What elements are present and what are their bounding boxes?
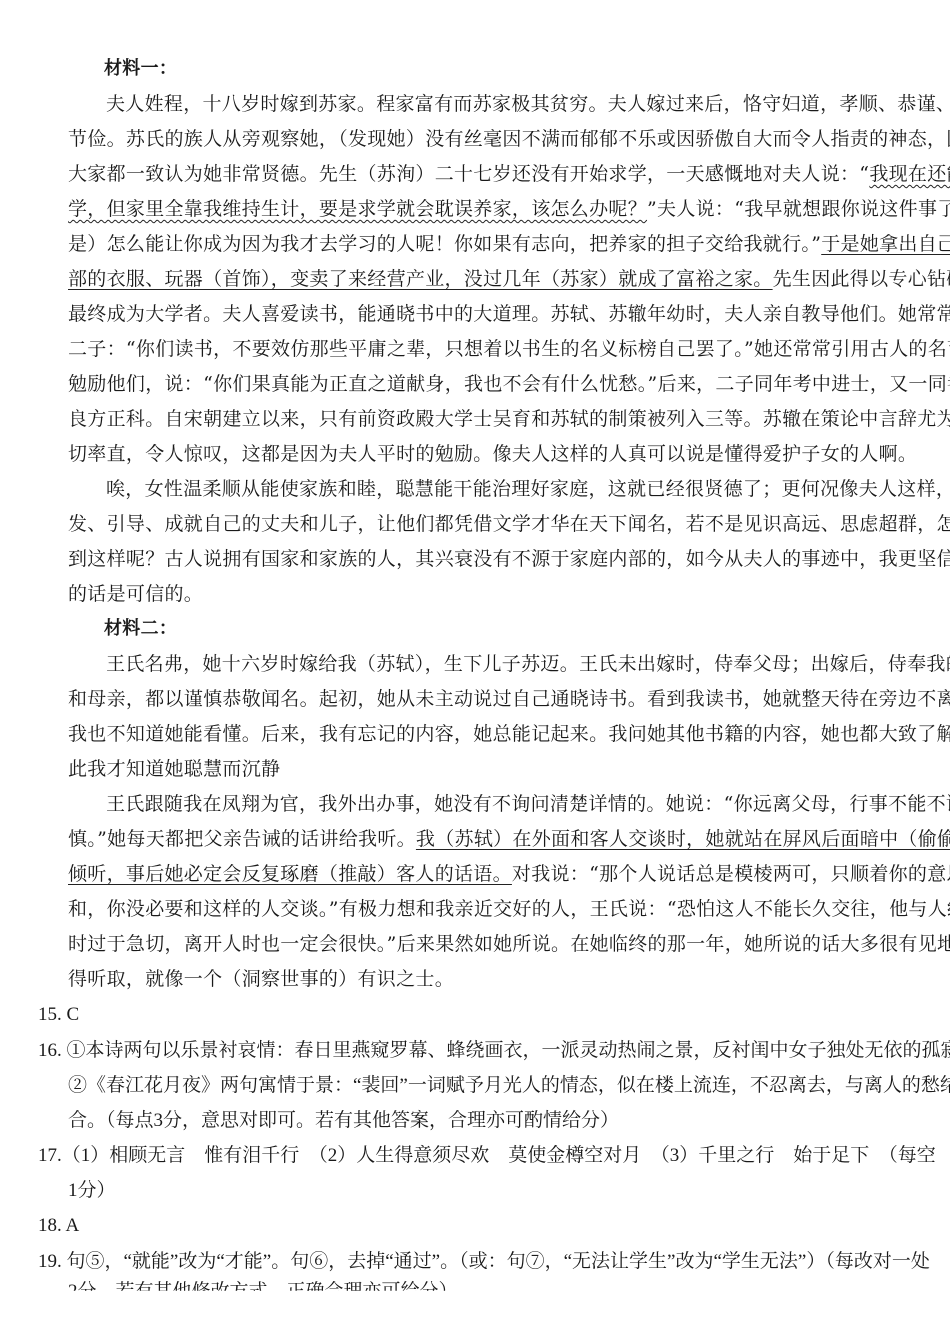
answer-18: 18. A xyxy=(38,1214,910,1238)
text-segment: 夫人姓程，十八岁时嫁到苏家。程家富有而苏家极其贫穷。夫人嫁过来后，恪守妇道，孝顺… xyxy=(106,93,950,115)
material-2-line: 和母亲，都以谨慎恭敬闻名。起初，她从未主动说过自己通晓诗书。看到我读书，她就整天… xyxy=(68,687,910,711)
answer-16-line: 合。（每点3分，意思对即可。若有其他答案，合理亦可酌情给分） xyxy=(68,1109,910,1133)
underlined-text: 部的衣服、玩器（首饰），变卖了来经营产业，没过几年（苏家）就成了富裕之家。 xyxy=(68,268,773,290)
material-2-para2-line: 王氏跟随我在凤翔为官，我外出办事，她没有不询问清楚详情的。她说：“你远离父母，行… xyxy=(106,792,910,816)
text-segment: 是）怎么能让你成为因为我才去学习的人呢！你如果有志向，把养家的担子交给我就行。” xyxy=(68,233,821,255)
material-1-line: 最终成为大学者。夫人喜爱读书，能通晓书中的大道理。苏轼、苏辙年幼时，夫人亲自教导… xyxy=(68,302,910,326)
material-2-line: 王氏名弗，她十六岁时嫁给我（苏轼），生下儿子苏迈。王氏未出嫁时，侍奉父母；出嫁后… xyxy=(106,652,910,676)
material-1-heading: 材料一： xyxy=(104,57,946,81)
text-segment: 大家都一致认为她非常贤德。先生（苏洵）二十七岁还没有开始求学，一天感慨地对夫人说… xyxy=(68,163,869,185)
text-segment: 勉励他们，说：“你们果真能为正直之道献身，我也不会有什么忧愁。”后来，二子同年考… xyxy=(68,373,950,395)
material-1-line: 二子：“你们读书，不要效仿那些平庸之辈，只想着以书生的名义标榜自己罢了。”她还常… xyxy=(68,337,910,361)
material-1-para2-line: 唉，女性温柔顺从能使家族和睦，聪慧能干能治理好家庭，这就已经很贤德了；更何况像夫… xyxy=(106,477,910,501)
text-segment: 切率直，令人惊叹，这都是因为夫人平时的勉励。像夫人这样的人真可以说是懂得爱护子女… xyxy=(68,443,917,465)
answer-16-line: 16. ①本诗两句以乐景衬哀情：春日里燕窥罗幕、蜂绕画衣，一派灵动热闹之景，反衬… xyxy=(38,1039,910,1063)
material-1-line: 节俭。苏氏的族人从旁观察她，（发现她）没有丝毫因不满而郁郁不乐或因骄傲自大而令人… xyxy=(68,127,910,151)
material-2-para2-line: 得听取，就像一个（洞察世事的）有识之士。 xyxy=(68,967,910,991)
answer-16-line: ②《春江花月夜》两句寓情于景：“裴回”一词赋予月光人的情态，似在楼上流连，不忍离… xyxy=(68,1074,910,1098)
wavy-underlined-text: 学，但家里全靠我维持生计，要是求学就会耽误养家，该怎么办呢？ xyxy=(68,198,647,220)
material-1-line: 勉励他们，说：“你们果真能为正直之道献身，我也不会有什么忧愁。”后来，二子同年考… xyxy=(68,372,910,396)
material-2-para2-line: 倾听，事后她必定会反复琢磨（推敲）客人的话语。对我说：“那个人说话总是模棱两可，… xyxy=(68,862,910,886)
underlined-text: 我（苏轼）在外面和客人交谈时，她就站在屏风后面暗中（偷偷地） xyxy=(416,828,950,850)
material-1-para2-line: 到这样呢？古人说拥有国家和家族的人，其兴衰没有不源于家庭内部的，如今从夫人的事迹… xyxy=(68,547,910,571)
material-2-para2-line: 和，你没必要和这样的人交谈。”有极力想和我亲近交好的人，王氏说：“恐怕这人不能长… xyxy=(68,897,910,921)
answer-19-line: 19. 句⑤，“就能”改为“才能”。句⑥，去掉“通过”。（或：句⑦，“无法让学生… xyxy=(38,1250,910,1274)
text-segment: 慎。”她每天都把父亲告诫的话讲给我听。 xyxy=(68,828,416,850)
answer-17-line: 1分） xyxy=(68,1179,910,1203)
answer-15: 15. C xyxy=(38,1003,910,1027)
text-segment: 节俭。苏氏的族人从旁观察她，（发现她）没有丝毫因不满而郁郁不乐或因骄傲自大而令人… xyxy=(68,128,950,150)
underlined-text: 于是她拿出自己全 xyxy=(821,233,950,255)
answer-17-line: 17.（1）相顾无言 惟有泪千行 （2）人生得意须尽欢 莫使金樽空对月 （3）千… xyxy=(38,1144,910,1168)
material-1-line: 夫人姓程，十八岁时嫁到苏家。程家富有而苏家极其贫穷。夫人嫁过来后，恪守妇道，孝顺… xyxy=(106,92,910,116)
text-segment: 时过于急切，离开人时也一定会很快。”后来果然如她所说。在她临终的那一年，她所说的… xyxy=(68,933,950,955)
text-segment: 得听取，就像一个（洞察世事的）有识之士。 xyxy=(68,968,454,990)
material-1-line: 学，但家里全靠我维持生计，要是求学就会耽误养家，该怎么办呢？”夫人说：“我早就想… xyxy=(68,197,910,221)
material-2-line: 此我才知道她聪慧而沉静 xyxy=(68,757,910,781)
material-1-line: 大家都一致认为她非常贤德。先生（苏洵）二十七岁还没有开始求学，一天感慨地对夫人说… xyxy=(68,162,910,186)
material-2-heading: 材料二： xyxy=(104,617,946,641)
text-segment: ”夫人说：“我早就想跟你说这件事了，（只 xyxy=(647,198,950,220)
underlined-text: 倾听，事后她必定会反复琢磨（推敲）客人的话语。 xyxy=(68,863,512,885)
wavy-underlined-text: 我现在还能求 xyxy=(869,163,950,185)
material-1-para2-line: 发、引导、成就自己的丈夫和儿子，让他们都凭借文学才华在天下闻名，若不是见识高远、… xyxy=(68,512,910,536)
material-1-para2-line: 的话是可信的。 xyxy=(68,582,910,606)
material-2-para2-line: 时过于急切，离开人时也一定会很快。”后来果然如她所说。在她临终的那一年，她所说的… xyxy=(68,932,910,956)
text-segment: 良方正科。自宋朝建立以来，只有前资政殿大学士吴育和苏轼的制策被列入三等。苏辙在策… xyxy=(68,408,950,430)
answer-19-line-clipped: 2分。若有其他修改方式，正确合理亦可给分） xyxy=(68,1280,910,1304)
text-segment: 先生因此得以专心钻研学问， xyxy=(773,268,950,290)
text-segment: 对我说：“那个人说话总是模棱两可，只顺着你的意思附 xyxy=(512,863,950,885)
text-segment: 二子：“你们读书，不要效仿那些平庸之辈，只想着以书生的名义标榜自己罢了。”她还常… xyxy=(68,338,950,360)
material-1-line: 是）怎么能让你成为因为我才去学习的人呢！你如果有志向，把养家的担子交给我就行。”… xyxy=(68,232,910,256)
material-1-line: 良方正科。自宋朝建立以来，只有前资政殿大学士吴育和苏轼的制策被列入三等。苏辙在策… xyxy=(68,407,910,431)
text-segment: 最终成为大学者。夫人喜爱读书，能通晓书中的大道理。苏轼、苏辙年幼时，夫人亲自教导… xyxy=(68,303,950,325)
material-1-line: 部的衣服、玩器（首饰），变卖了来经营产业，没过几年（苏家）就成了富裕之家。先生因… xyxy=(68,267,910,291)
text-segment: 和，你没必要和这样的人交谈。”有极力想和我亲近交好的人，王氏说：“恐怕这人不能长… xyxy=(68,898,950,920)
material-2-line: 我也不知道她能看懂。后来，我有忘记的内容，她总能记起来。我问她其他书籍的内容，她… xyxy=(68,722,910,746)
material-2-para2-line: 慎。”她每天都把父亲告诫的话讲给我听。我（苏轼）在外面和客人交谈时，她就站在屏风… xyxy=(68,827,910,851)
material-1-line: 切率直，令人惊叹，这都是因为夫人平时的勉励。像夫人这样的人真可以说是懂得爱护子女… xyxy=(68,442,910,466)
text-segment: 王氏跟随我在凤翔为官，我外出办事，她没有不询问清楚详情的。她说：“你远离父母，行… xyxy=(106,793,950,815)
document-page: 材料一： 夫人姓程，十八岁时嫁到苏家。程家富有而苏家极其贫穷。夫人嫁过来后，恪守… xyxy=(0,0,950,1344)
